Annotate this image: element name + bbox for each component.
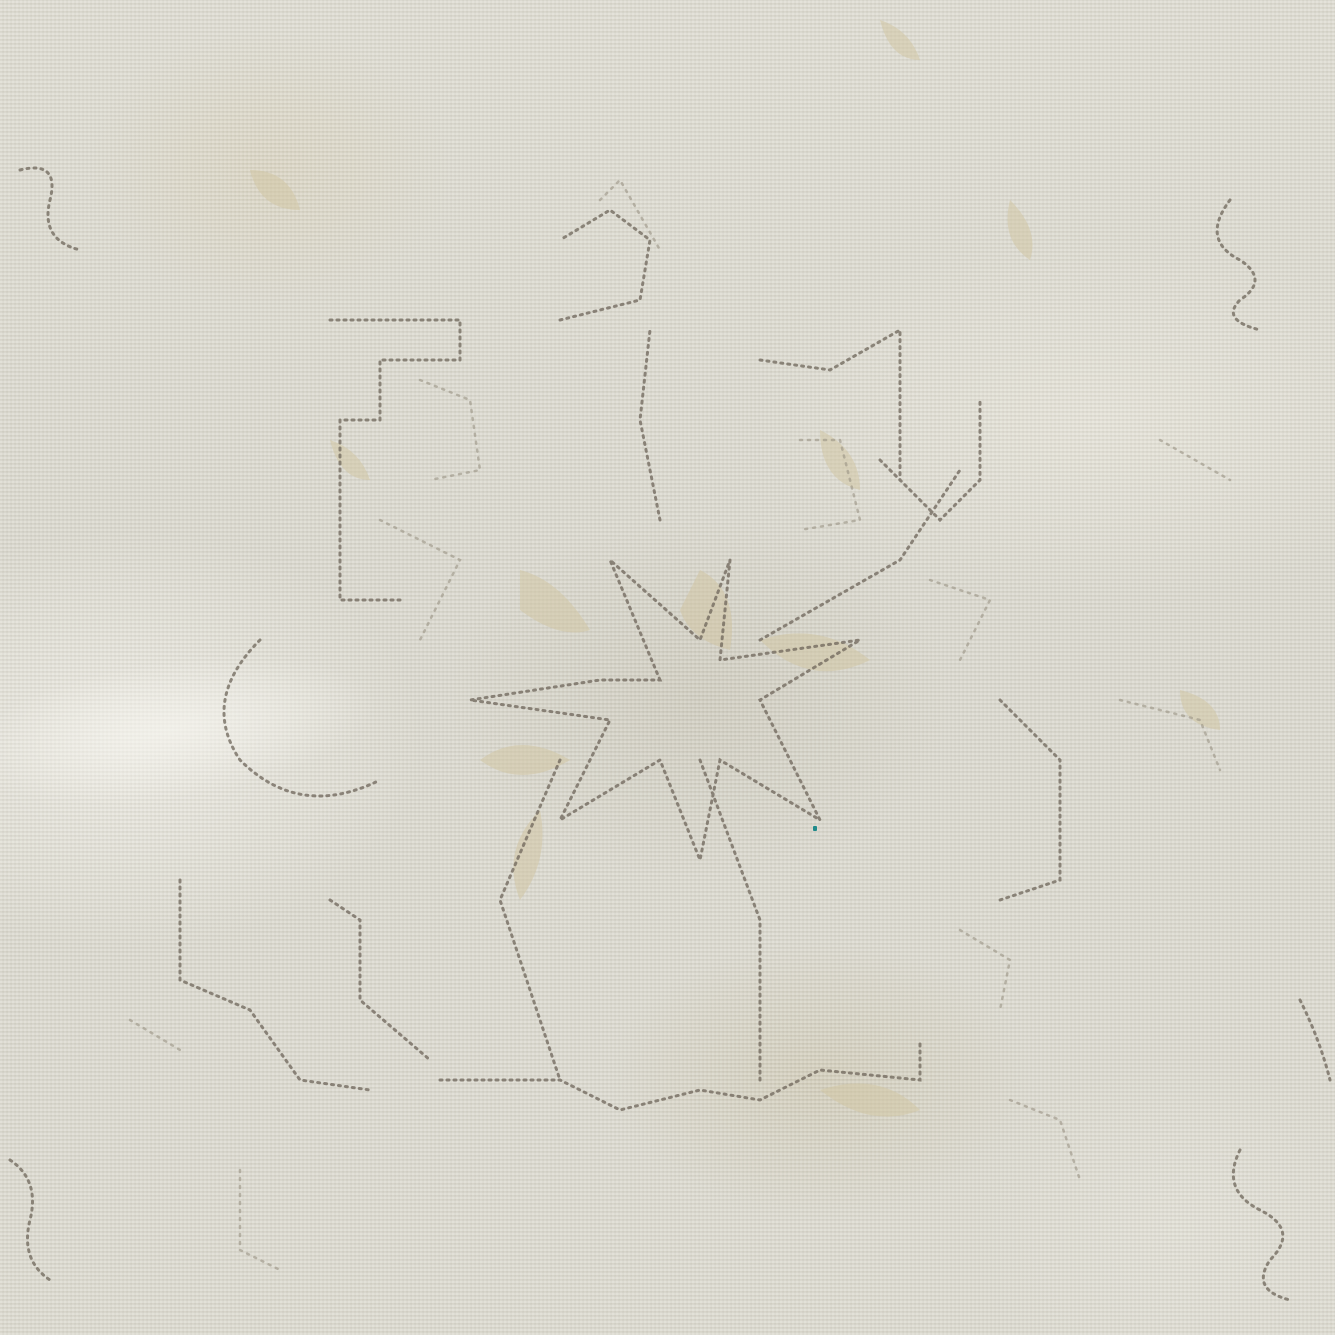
rug-photo (0, 0, 1335, 1335)
teal-fleck (813, 826, 817, 831)
floral-medallion-pattern (0, 0, 1335, 1335)
